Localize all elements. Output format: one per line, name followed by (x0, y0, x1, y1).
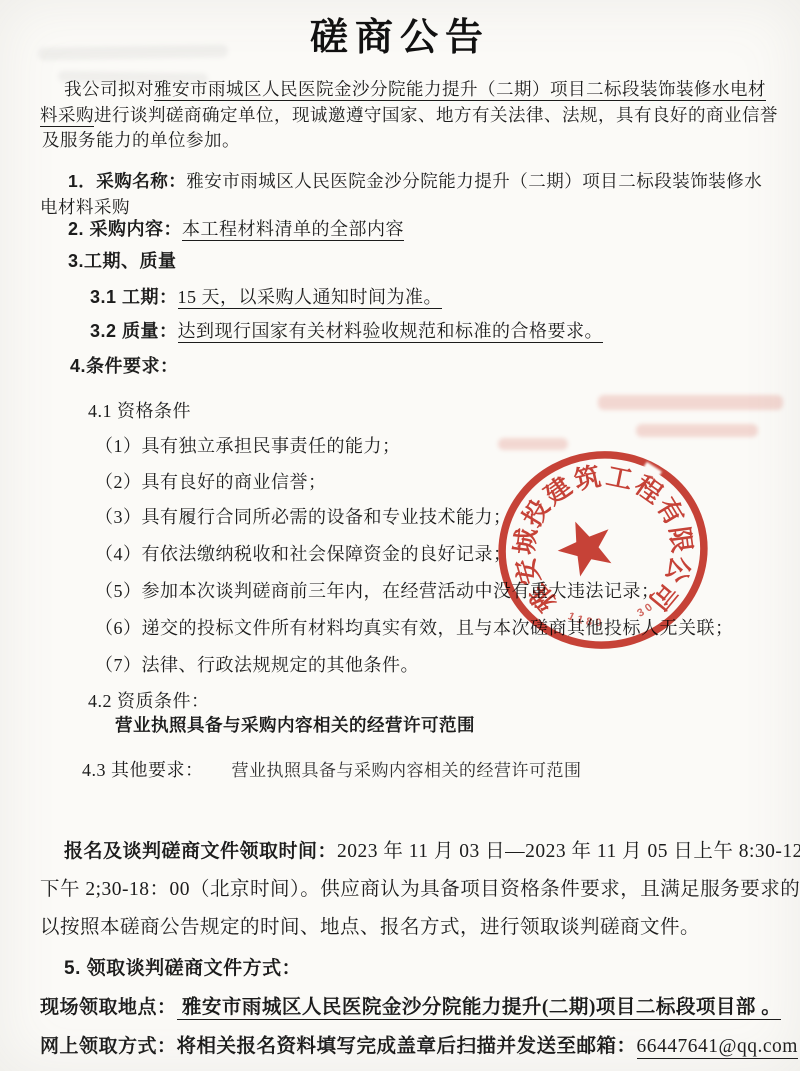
notice-line-1: 报名及谈判磋商文件领取时间：2023 年 11 月 03 日—2023 年 11… (64, 835, 800, 863)
item-3-1-value: 15 天，以采购人通知时间为准。 (178, 287, 443, 309)
section-5-heading: 5. 领取谈判磋商文件方式： (64, 953, 301, 980)
project-name-underlined: 料采购 (40, 105, 94, 127)
item-2-label: 2. 采购内容： (68, 219, 182, 239)
notice-label: 报名及谈判磋商文件领取时间： (64, 841, 337, 862)
item-4-1-heading: 4.1 资格条件 (88, 397, 191, 423)
item-3-label: 3.工期、质量 (68, 251, 177, 271)
company-seal-stamp: 雅安城投建筑工程有限公司118030 (495, 450, 711, 650)
condition-item: （4）有依法缴纳税收和社会保障资金的良好记录； (95, 540, 512, 566)
item-3-2-label: 3.2 质量： (90, 321, 178, 341)
item-4-label: 4.条件要求： (70, 356, 179, 376)
seal-company-char: 筑 (572, 461, 604, 496)
item-4-3-row: 4.3 其他要求：营业执照具备与采购内容相关的经营许可范围 (82, 756, 582, 782)
project-name-underlined: 雅安市雨城区人民医院金沙分院能力提升（二期）项目二标段装饰装修水电材 (154, 79, 766, 101)
condition-item: （3）具有履行合同所必需的设备和专业技术能力； (95, 503, 512, 529)
online-pickup-row: 网上领取方式：将相关报名资料填写完成盖章后扫描并发送至邮箱：66447641@q… (40, 1030, 800, 1058)
seal-code-digit: 1 (566, 610, 576, 623)
item-1-label: 1．采购名称： (68, 171, 186, 191)
intro-text: 我公司拟对 (64, 79, 154, 99)
intro-line-3: 及服务能力的单位参加。 (42, 127, 240, 152)
item-4-1-label: 4.1 资格条件 (88, 401, 191, 421)
condition-item: （2）具有良好的商业信誉； (95, 468, 327, 494)
seal-company-char: 城 (510, 527, 542, 556)
item-3-heading: 3.工期、质量 (68, 247, 177, 273)
intro-line-2: 料采购进行谈判磋商确定单位，现诚邀遵守国家、地方有关法律、法规，具有良好的商业信… (40, 102, 778, 127)
condition-item: （7）法律、行政法规规定的其他条件。 (95, 651, 419, 677)
notice-line-3: 以按照本磋商公告规定的时间、地点、报名方式，进行领取谈判磋商文件。 (40, 911, 700, 939)
notice-dates: 2023 年 11 月 03 日—2023 年 11 月 05 日上午 8:30… (337, 841, 800, 862)
item-4-2-value: 营业执照具备与采购内容相关的经营许可范围 (115, 712, 475, 737)
site-pickup-value: 雅安市雨城区人民医院金沙分院能力提升(二期)项目二标段项目部 。 (177, 997, 782, 1020)
seal-code-digit: 1 (575, 613, 584, 626)
site-pickup-label: 现场领取地点： (40, 997, 177, 1018)
item-1-value: 电材料采购 (40, 197, 130, 217)
item-4-2-text: 营业执照具备与采购内容相关的经营许可范围 (115, 715, 475, 735)
condition-item: （1）具有独立承担民事责任的能力； (95, 432, 401, 458)
intro-text: 及服务能力的单位参加。 (42, 130, 240, 150)
site-pickup-row: 现场领取地点： 雅安市雨城区人民医院金沙分院能力提升(二期)项目二标段项目部 。 (40, 991, 781, 1019)
intro-line-1: 我公司拟对雅安市雨城区人民医院金沙分院能力提升（二期）项目二标段装饰装修水电材 (64, 76, 766, 101)
notice-text: 下午 2;30-18：00（北京时间）。供应商认为具备项目资格条件要求，且满足服… (40, 879, 800, 900)
seal-code-digit: 8 (585, 616, 593, 629)
item-4-3-label: 4.3 其他要求： (82, 760, 204, 780)
online-pickup-text: 将相关报名资料填写完成盖章后扫描并发送至邮箱： (177, 1036, 637, 1057)
item-4-heading: 4.条件要求： (70, 352, 179, 378)
intro-text: 进行谈判磋商确定单位，现诚邀遵守国家、地方有关法律、法规，具有良好的商业信誉 (94, 105, 778, 125)
scanned-document-page: 磋商公告 我公司拟对雅安市雨城区人民医院金沙分院能力提升（二期）项目二标段装饰装… (0, 0, 800, 1071)
bleed-through-mark (598, 395, 783, 410)
seal-code-digit: 0 (595, 617, 602, 629)
seal-company-char: 工 (604, 461, 635, 495)
email-address: 66447641@qq.com (637, 1036, 798, 1059)
section-5-label: 5. 领取谈判磋商文件方式： (64, 958, 301, 979)
seal-company-char: 限 (664, 525, 696, 555)
item-1-value: 雅安市雨城区人民医院金沙分院能力提升（二期）项目二标段装饰装修水 (186, 171, 762, 191)
notice-text: 以按照本磋商公告规定的时间、地点、报名方式，进行领取谈判磋商文件。 (40, 917, 700, 938)
item-3-2-quality: 3.2 质量：达到现行国家有关材料验收规范和标准的合格要求。 (90, 317, 603, 343)
item-4-2-label: 4.2 资质条件： (88, 691, 210, 711)
item-3-1-duration: 3.1 工期：15 天，以采购人通知时间为准。 (90, 283, 442, 309)
item-2-content: 2. 采购内容：本工程材料清单的全部内容 (68, 215, 404, 241)
item-4-2-heading: 4.2 资质条件： (88, 687, 210, 713)
bleed-through-mark (498, 438, 568, 450)
online-pickup-label: 网上领取方式： (40, 1036, 177, 1057)
item-3-1-label: 3.1 工期： (90, 287, 178, 307)
bleed-through-mark (636, 424, 758, 437)
document-title: 磋商公告 (0, 6, 800, 61)
item-2-value: 本工程材料清单的全部内容 (182, 219, 404, 241)
item-1-name: 1．采购名称：雅安市雨城区人民医院金沙分院能力提升（二期）项目二标段装饰装修水 (68, 168, 762, 193)
item-4-3-value: 营业执照具备与采购内容相关的经营许可范围 (232, 761, 582, 780)
item-3-2-value: 达到现行国家有关材料验收规范和标准的合格要求。 (178, 321, 604, 343)
notice-line-2: 下午 2;30-18：00（北京时间）。供应商认为具备项目资格条件要求，且满足服… (40, 873, 800, 901)
